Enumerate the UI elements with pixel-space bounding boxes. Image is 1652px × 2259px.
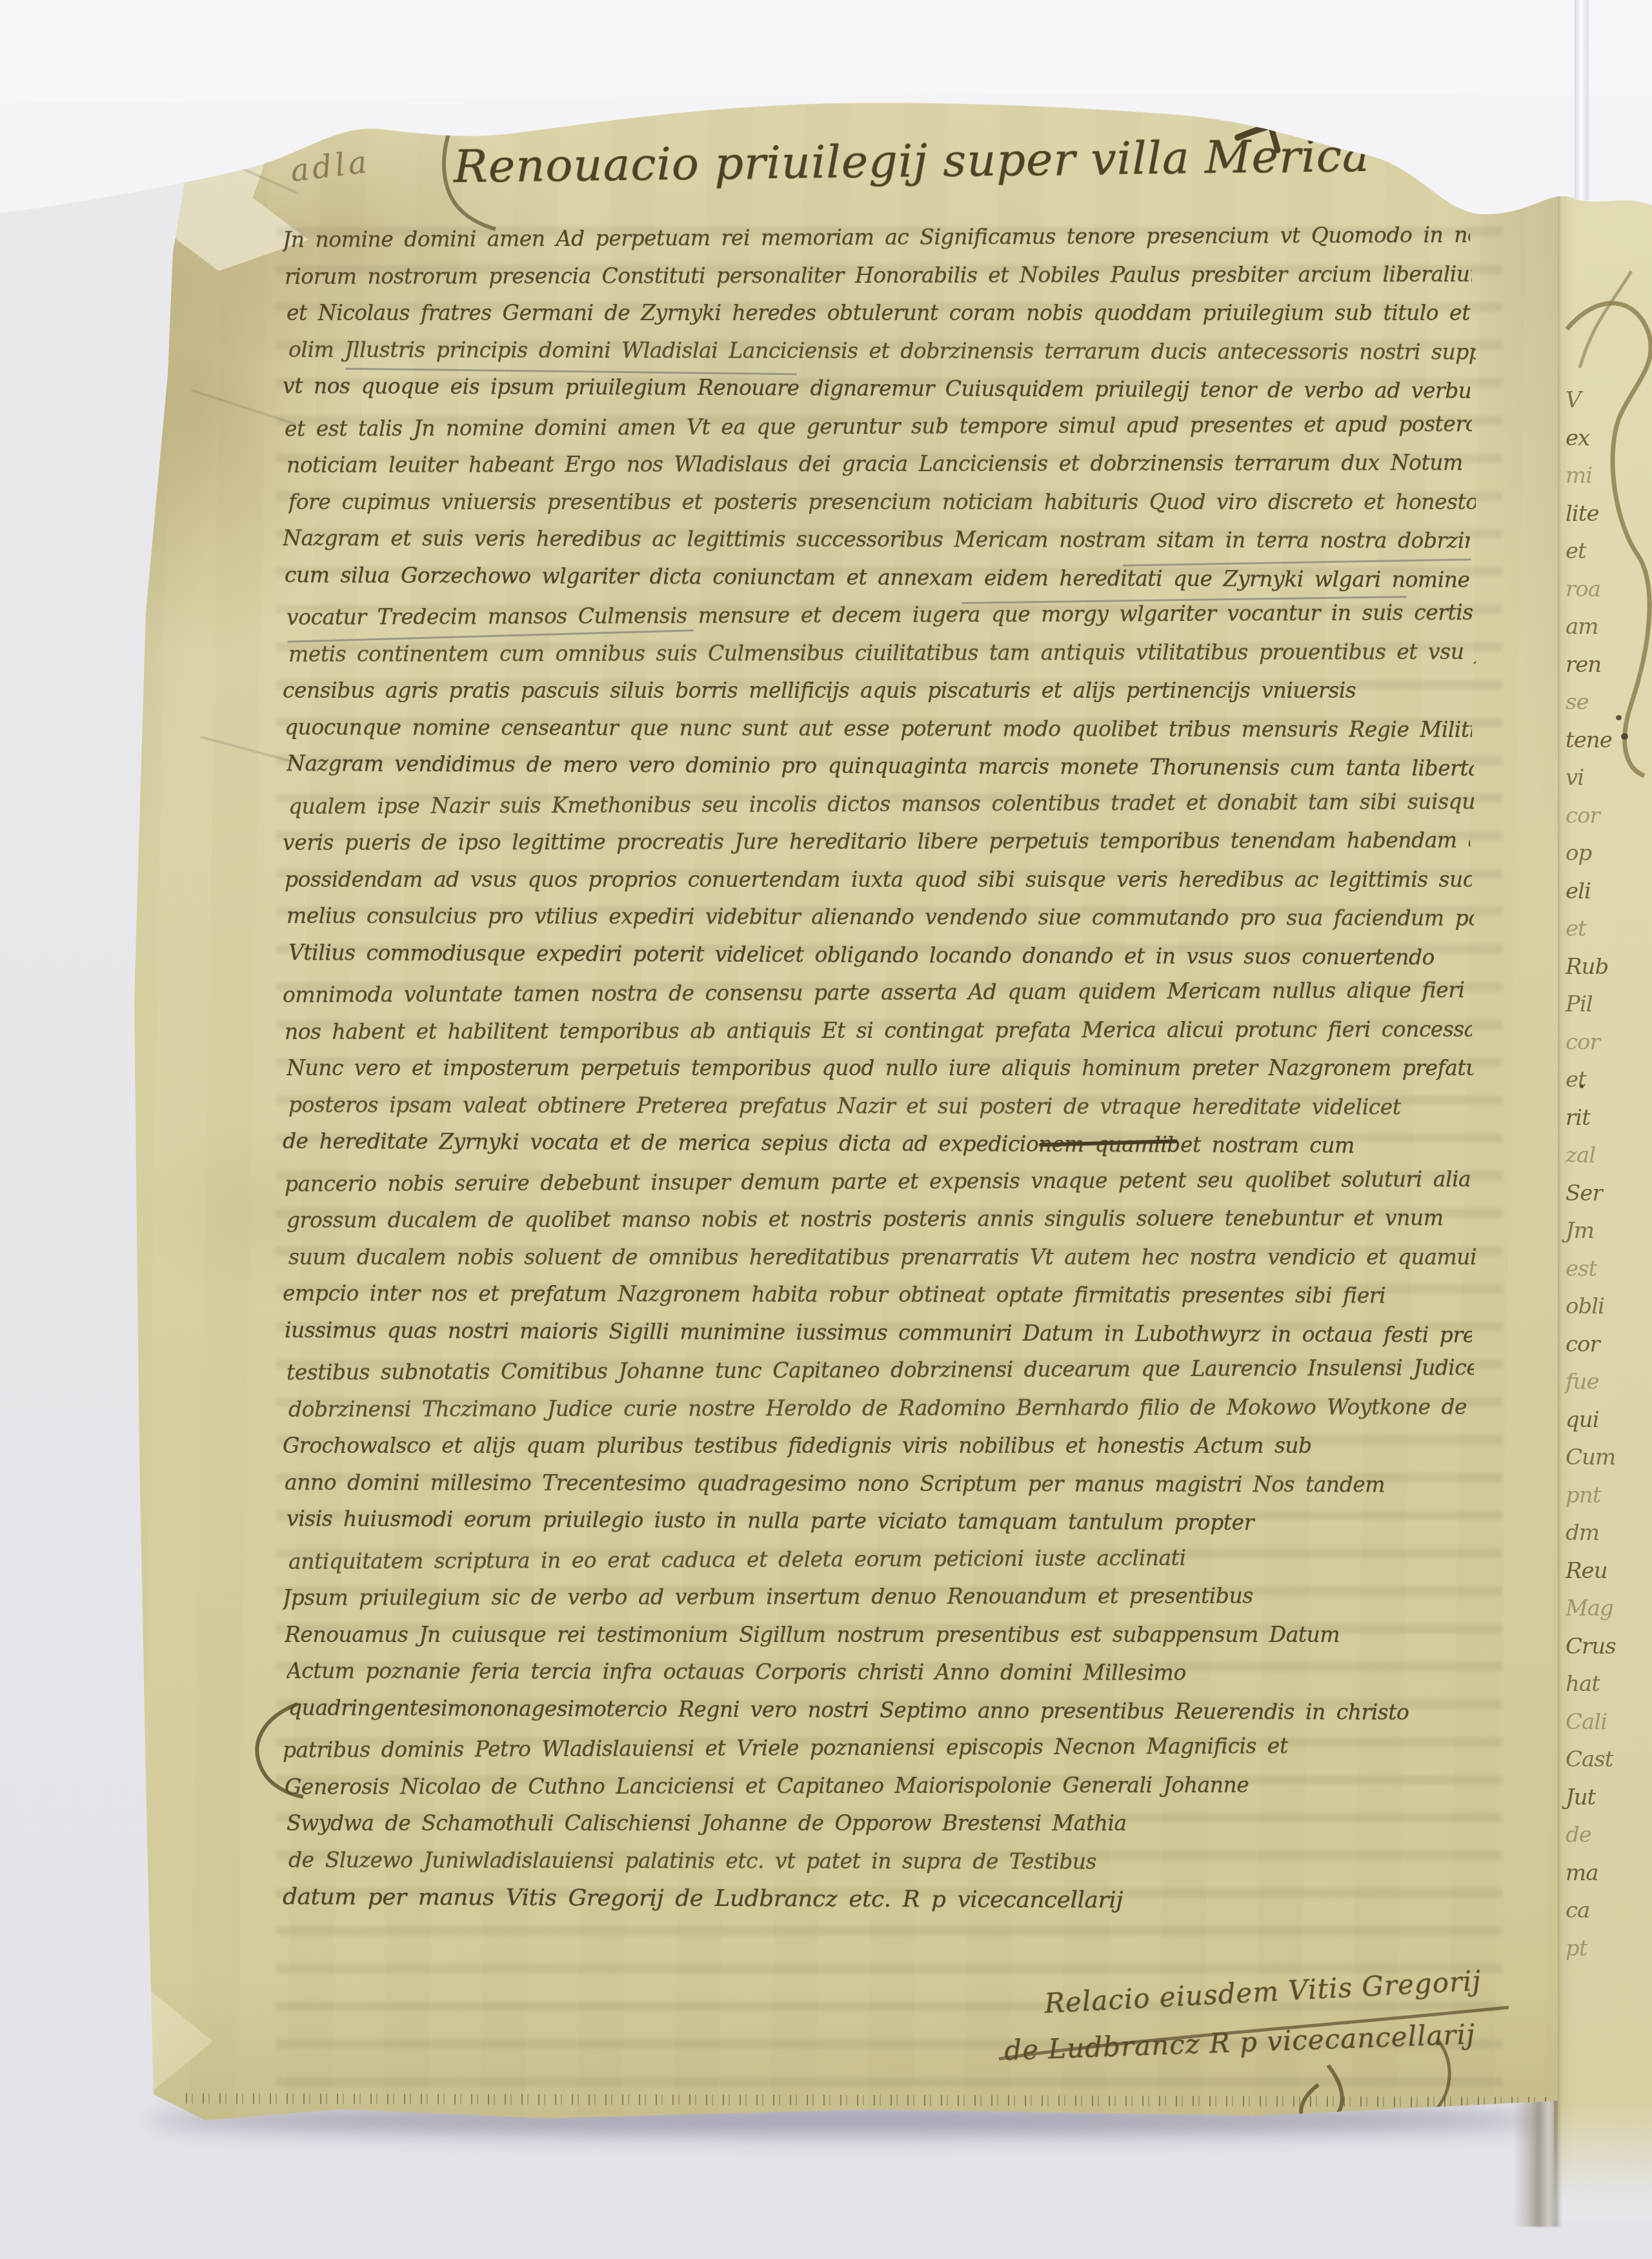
- facing-page-line-start: Jm: [1566, 1218, 1594, 1244]
- body-text: Jn nomine domini amen Ad perpetuam rei m…: [284, 225, 1478, 2019]
- manuscript-line: et est talis Jn nomine domini amen Vt ea…: [285, 411, 1472, 441]
- manuscript-line: noticiam leuiter habeant Ergo nos Wladis…: [287, 450, 1474, 478]
- facing-page-line-start: cor: [1566, 1332, 1600, 1357]
- manuscript-scan: { "document": { "archival_note": "adla",…: [0, 0, 1652, 2259]
- facing-page-line-start: cor: [1566, 803, 1600, 829]
- manuscript-line: melius consulcius pro vtilius expediri v…: [287, 903, 1474, 931]
- folded-corner: [129, 1991, 213, 2111]
- facing-page-line-start: de: [1566, 1822, 1591, 1848]
- facing-page-line-start: se: [1566, 689, 1589, 715]
- manuscript-line: vt nos quoque eis ipsum priuilegium Reno…: [283, 373, 1470, 403]
- manuscript-line: posteros ipsam valeat obtinere Preterea …: [288, 1092, 1476, 1120]
- crease-line: [200, 736, 294, 763]
- manuscript-line: visis huiusmodi eorum priuilegio iusto i…: [287, 1506, 1474, 1536]
- ink-speck: [1580, 1084, 1584, 1088]
- facing-page-line-start: Ser: [1566, 1180, 1602, 1206]
- facing-page-line-start: vi: [1566, 765, 1584, 791]
- manuscript-line: testibus subnotatis Comitibus Johanne tu…: [287, 1355, 1474, 1385]
- facing-page-line-start: fue: [1566, 1369, 1599, 1395]
- crease-line: [192, 390, 296, 425]
- manuscript-line: cum silua Gorzechowo wlgariter dicta con…: [285, 562, 1472, 593]
- facing-page-line-start: Mag: [1566, 1595, 1613, 1621]
- manuscript-line: suum ducalem nobis soluent de omnibus he…: [288, 1244, 1476, 1270]
- manuscript-line: quocunque nomine censeantur que nunc sun…: [285, 714, 1472, 742]
- facing-page-line-start: hat: [1566, 1671, 1600, 1697]
- manuscript-line: omnimoda voluntate tamen nostra de conse…: [283, 977, 1470, 1008]
- facing-page-line-start: et: [1566, 916, 1586, 942]
- manuscript-line: Vtilius commodiusque expediri poterit vi…: [288, 940, 1476, 970]
- facing-page-line-start: eli: [1566, 878, 1591, 904]
- manuscript-line: nos habent et habilitent temporibus ab a…: [285, 1017, 1472, 1044]
- facing-page-line-start: Reu: [1566, 1558, 1607, 1584]
- facing-page-line-start: am: [1566, 614, 1598, 640]
- manuscript-line: iussimus quas nostri maioris Sigilli mun…: [285, 1317, 1472, 1348]
- facing-page-line-start: pnt: [1566, 1483, 1600, 1508]
- facing-page-line-start: obli: [1566, 1293, 1604, 1319]
- facing-page-line-start: V: [1566, 387, 1581, 413]
- facing-page-line-start: op: [1566, 840, 1591, 866]
- manuscript-line: patribus dominis Petro Wladislauiensi et…: [283, 1732, 1470, 1763]
- facing-page-line-start: ca: [1566, 1898, 1589, 1923]
- facing-page-line-start: Crus: [1566, 1634, 1616, 1659]
- manuscript-line: empcio inter nos et prefatum Nazgronem h…: [283, 1281, 1470, 1308]
- ink-speck: [1621, 733, 1628, 740]
- manuscript-line: fore cupimus vniuersis presentibus et po…: [288, 489, 1476, 514]
- facing-page-line-start: Jut: [1566, 1785, 1595, 1810]
- manuscript-line: et Nicolaus fratres Germani de Zyrnyki h…: [287, 300, 1474, 325]
- manuscript-line: pancerio nobis seruire debebunt insuper …: [285, 1166, 1472, 1197]
- manuscript-line: quadringentesimononagesimotercio Regni v…: [288, 1695, 1476, 1725]
- facing-page-bottom-fade: [1554, 2104, 1652, 2220]
- facing-page-line-start: rit: [1566, 1105, 1590, 1131]
- manuscript-line: qualem ipse Nazir suis Kmethonibus seu i…: [288, 789, 1476, 819]
- facing-page-line-start: roa: [1566, 576, 1600, 602]
- facing-page-line-start: et: [1566, 1067, 1586, 1093]
- manuscript-line: Nazgram et suis veris heredibus ac legit…: [283, 525, 1470, 553]
- facing-page-edge: VexmiliteetroaamrensetenevicoropelietRub…: [1554, 77, 1652, 2220]
- manuscript-line: Nazgram vendidimus de mero vero dominio …: [287, 751, 1474, 781]
- manuscript-line: dobrzinensi Thczimano Judice curie nostr…: [288, 1394, 1476, 1422]
- manuscript-line: Actum poznanie feria tercia infra octaua…: [287, 1658, 1474, 1686]
- facing-page-line-start: Rub: [1566, 954, 1608, 980]
- manuscript-line: riorum nostrorum presencia Constituti pe…: [285, 261, 1472, 289]
- facing-page-line-start: qui: [1566, 1407, 1599, 1433]
- manuscript-line: possidendam ad vsus quos proprios conuer…: [285, 867, 1472, 892]
- facing-page-line-start: Cast: [1566, 1747, 1613, 1772]
- facing-page-line-start: Cali: [1566, 1709, 1607, 1735]
- manuscript-line: antiquitatem scriptura in eo erat caduca…: [288, 1544, 1476, 1574]
- manuscript-line: Generosis Nicolao de Cuthno Lanciciensi …: [285, 1772, 1472, 1799]
- manuscript-line: Swydwa de Schamothuli Calischiensi Johan…: [287, 1810, 1474, 1836]
- manuscript-line: censibus agris pratis pascuis siluis bor…: [283, 678, 1470, 703]
- margin-note: adla: [288, 144, 372, 190]
- manuscript-line: Jpsum priuilegium sic de verbo ad verbum…: [283, 1583, 1470, 1610]
- facing-page-line-start: ma: [1566, 1860, 1598, 1886]
- manuscript-line: metis continentem cum omnibus suis Culme…: [288, 639, 1476, 667]
- manuscript-line: vocatur Tredecim mansos Culmensis mensur…: [287, 600, 1474, 630]
- manuscript-line: Jn nomine domini amen Ad perpetuam rei m…: [283, 222, 1470, 252]
- facing-page-line-start: est: [1566, 1256, 1597, 1282]
- manuscript-line: veris pueris de ipso legittime procreati…: [283, 827, 1470, 855]
- manuscript-line: Nunc vero et imposterum perpetuis tempor…: [287, 1055, 1474, 1080]
- facing-page-line-start: ren: [1566, 652, 1601, 678]
- manuscript-line: anno domini millesimo Trecentesimo quadr…: [285, 1470, 1472, 1497]
- facing-page-line-start: ex: [1566, 425, 1589, 451]
- facing-page-line-start: et: [1566, 538, 1586, 564]
- manuscript-line: de hereditate Zyrnyki vocata et de meric…: [283, 1128, 1470, 1159]
- manuscript-line: grossum ducalem de quolibet manso nobis …: [287, 1205, 1474, 1233]
- facing-page-line-start: tene: [1566, 727, 1612, 753]
- facing-page-line-start: Cum: [1566, 1444, 1615, 1470]
- parchment-page: adla Renouacio priuilegij super villa Me…: [128, 97, 1558, 2123]
- facing-page-line-start: dm: [1566, 1520, 1599, 1546]
- manuscript-line: datum per manus Vitis Gregorij de Ludbra…: [283, 1883, 1470, 1915]
- cross-mark-icon: [1233, 100, 1310, 158]
- facing-page-line-start: lite: [1566, 501, 1599, 527]
- facing-page-line-start: mi: [1566, 463, 1592, 489]
- facing-page-line-start: Pil: [1566, 991, 1593, 1017]
- closing-paraph-icon: [236, 1699, 307, 1802]
- facing-page-line-start: zal: [1566, 1142, 1595, 1168]
- manuscript-line: Grochowalsco et alijs quam pluribus test…: [283, 1433, 1470, 1458]
- manuscript-line: olim Jllustris principis domini Wladisla…: [288, 337, 1476, 365]
- facing-page-line-start: pt: [1566, 1936, 1587, 1961]
- binding-edge-highlight: [1575, 0, 1589, 200]
- manuscript-line: de Sluzewo Juniwladislauiensi palatinis …: [288, 1847, 1476, 1875]
- ink-speck: [1616, 715, 1622, 720]
- facing-page-line-start: cor: [1566, 1029, 1600, 1055]
- manuscript-line: Renouamus Jn cuiusque rei testimonium Si…: [285, 1622, 1472, 1647]
